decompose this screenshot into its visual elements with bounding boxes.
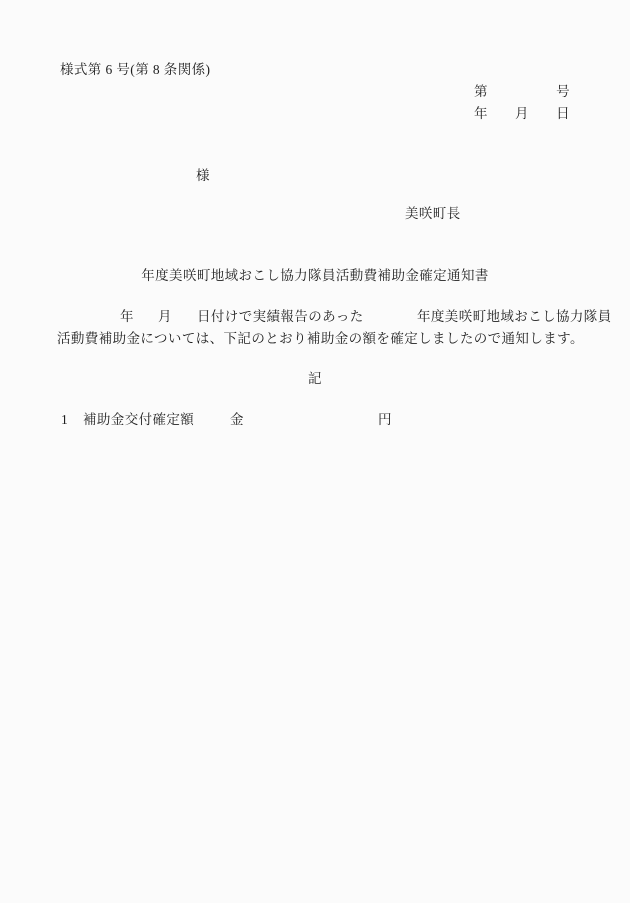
item1-currency-suffix: 円 [378,412,392,429]
body-line1-month-label: 月 [158,309,172,326]
body-line1-continuation: 年度美咲町地域おこし協力隊員 [417,309,612,326]
date-line: 年 月 日 [474,106,570,123]
date-year-label: 年 [474,106,488,123]
body-line1-year-label: 年 [120,309,134,326]
date-month-label: 月 [515,106,529,123]
document-title: 年度美咲町地域おこし協力隊員活動費補助金確定通知書 [0,268,630,285]
record-heading: 記 [0,371,630,388]
addressee-honorific: 様 [196,168,210,185]
date-day-label: 日 [556,106,570,123]
body-line1-day-phrase: 日付けで実績報告のあった [197,309,364,326]
item1-currency-prefix: 金 [230,412,244,429]
doc-number-prefix: 第 [474,84,488,101]
body-line2: 活動費補助金については、下記のとおり補助金の額を確定しましたので通知します。 [57,331,584,348]
item1-label: 補助金交付確定額 [83,412,194,429]
doc-number-line: 第 号 [474,84,570,101]
sender-title: 美咲町長 [405,206,461,223]
document-page: 様式第 6 号(第 8 条関係) 第 号 年 月 日 様 美咲町長 年度美咲町地… [0,0,630,903]
doc-number-suffix: 号 [556,84,570,101]
item1-number: 1 [61,412,68,429]
form-number: 様式第 6 号(第 8 条関係) [60,62,210,79]
